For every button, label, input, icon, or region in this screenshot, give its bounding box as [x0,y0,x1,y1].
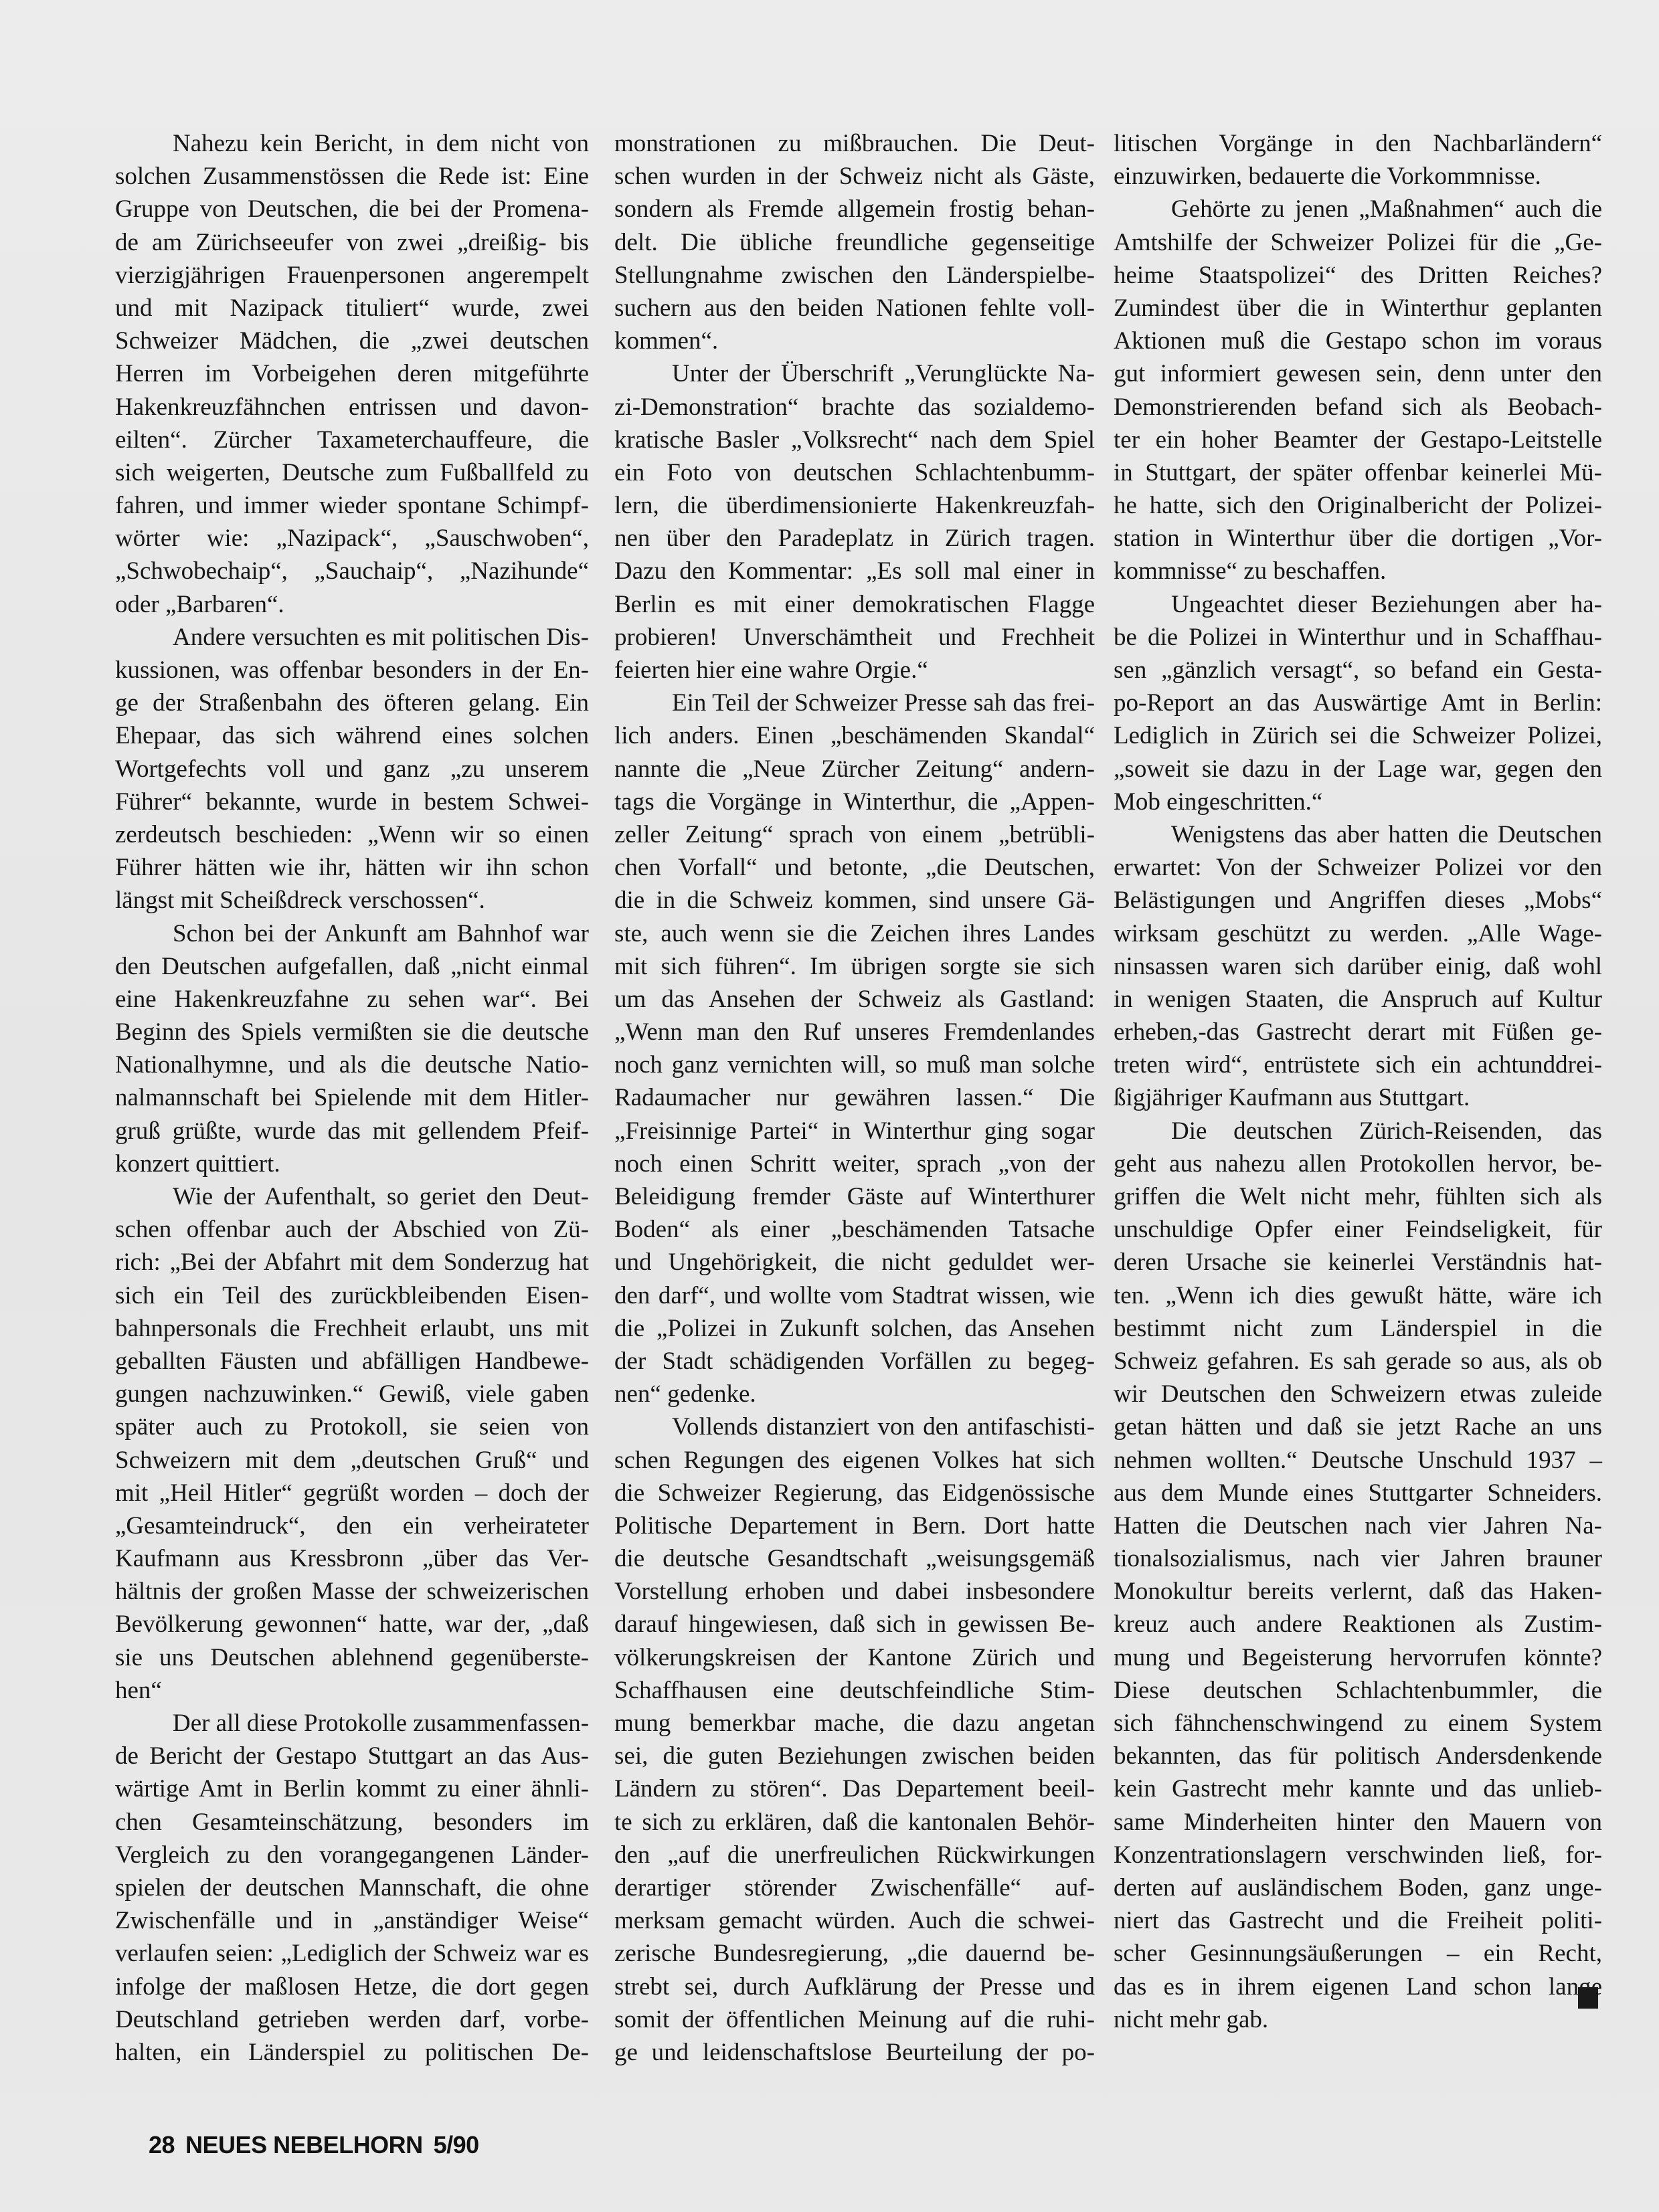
text-line: de Bericht der Gestapo Stuttgart an das … [115,1740,589,1772]
text-line: darauf hingewiesen, daß sich in gewissen… [614,1608,1095,1641]
text-line: somit der öffentlichen Meinung auf die r… [614,2003,1095,2036]
text-line: lern, die überdimensionierte Hakenkreuzf… [614,489,1095,522]
text-line: sich fähnchenschwingend zu einem System [1114,1707,1602,1740]
text-line: sie uns Deutschen ablehnend gegenüberste… [115,1641,589,1674]
text-line: verlaufen seien: „Lediglich der Schweiz … [115,1937,589,1970]
text-line: nalmannschaft bei Spielende mit dem Hitl… [115,1081,589,1114]
text-line: kommen“. [614,325,1095,357]
text-line: getan hätten und daß sie jetzt Rache an … [1114,1410,1602,1443]
text-line: chen Vorfall“ und betonte, „die Deutsche… [614,851,1095,884]
text-line: Ehepaar, das sich während eines solchen [115,719,589,752]
text-line: kreuz auch andere Reaktionen als Zustim- [1114,1608,1602,1641]
text-line: bekannten, das für politisch Andersdenke… [1114,1740,1602,1772]
text-line: ßigjähriger Kaufmann aus Stuttgart. [1114,1081,1602,1114]
text-line: oder „Barbaren“. [115,588,589,621]
text-line: Führer hätten wie ihr, hätten wir ihn sc… [115,851,589,884]
text-line: merksam gemacht würden. Auch die schwei- [614,1904,1095,1937]
text-line: probieren! Unverschämtheit und Frechheit [614,621,1095,654]
text-line: Berlin es mit einer demokratischen Flagg… [614,588,1095,621]
text-line: nehmen wollten.“ Deutsche Unschuld 1937 … [1114,1444,1602,1477]
text-line: den „auf die unerfreulichen Rückwirkunge… [614,1839,1095,1871]
text-line: Wenigstens das aber hatten die Deutschen [1114,818,1602,851]
text-line: noch einen Schritt weiter, sprach „von d… [614,1147,1095,1180]
text-line: die „Polizei in Zukunft solchen, das Ans… [614,1312,1095,1345]
text-line: chen Gesamteinschätzung, besonders im [115,1806,589,1839]
text-line: mit sich führen“. Im übrigen sorgte sie … [614,950,1095,983]
text-line: Vorstellung erhoben und dabei insbesonde… [614,1575,1095,1608]
text-line: Bevölkerung gewonnen“ hatte, war der, „d… [115,1608,589,1641]
text-line: de am Zürichseeufer von zwei „dreißig- b… [115,226,589,259]
text-line: ste, auch wenn sie die Zeichen ihres Lan… [614,917,1095,950]
text-line: die Schweizer Regierung, das Eidgenössis… [614,1477,1095,1509]
text-line: vierzigjährigen Frauenpersonen angerempe… [115,259,589,292]
text-line: delt. Die übliche freundliche gegenseiti… [614,226,1095,259]
text-line: Schweizern mit dem „deutschen Gruß“ und [115,1444,589,1477]
text-line: nen über den Paradeplatz in Zürich trage… [614,522,1095,555]
text-line: „Freisinnige Partei“ in Winterthur ging … [614,1115,1095,1147]
text-line: gruß grüßte, wurde das mit gellendem Pfe… [115,1115,589,1147]
text-line: Hatten die Deutschen nach vier Jahren Na… [1114,1509,1602,1542]
text-line: Führer“ bekannte, wurde in bestem Schwei… [115,786,589,818]
text-line: Dazu den Kommentar: „Es soll mal einer i… [614,555,1095,587]
text-line: Radaumacher nur gewähren lassen.“ Die [614,1081,1095,1114]
text-line: sich ein Teil des zurückbleibenden Eisen… [115,1279,589,1312]
text-line: „Schwobechaip“, „Sauchaip“, „Nazihunde“ [115,555,589,587]
text-line: schen wurden in der Schweiz nicht als Gä… [614,160,1095,193]
text-line: ge der Straßenbahn des öfteren gelang. E… [115,686,589,719]
text-line: lich anders. Einen „beschämenden Skandal… [614,719,1095,752]
text-line: zerische Bundesregierung, „die dauernd b… [614,1937,1095,1970]
text-line: tionalsozialismus, nach vier Jahren brau… [1114,1542,1602,1575]
text-line: Schweiz gefahren. Es sah gerade so aus, … [1114,1345,1602,1378]
text-line: bahnpersonals die Frechheit erlaubt, uns… [115,1312,589,1345]
text-line: und Ungehörigkeit, die nicht geduldet we… [614,1246,1095,1279]
text-line: Beginn des Spiels vermißten sie die deut… [115,1016,589,1048]
text-line: um das Ansehen der Schweiz als Gastland: [614,983,1095,1016]
text-line: ge und leidenschaftslose Beurteilung der… [614,2036,1095,2069]
text-line: Vergleich zu den vorangegangenen Länder- [115,1839,589,1871]
text-line: niert das Gastrecht und die Freiheit pol… [1114,1904,1602,1937]
text-line: der Stadt schädigenden Vorfällen zu bege… [614,1345,1095,1378]
text-line: Amtshilfe der Schweizer Polizei für die … [1114,226,1602,259]
text-line: spielen der deutschen Mannschaft, die oh… [115,1871,589,1904]
issue-number: 5/90 [434,2131,479,2158]
text-line: solchen Zusammenstössen die Rede ist: Ei… [115,160,589,193]
text-line: ein Foto von deutschen Schlachtenbumm- [614,456,1095,489]
text-line: Belästigungen und Angriffen dieses „Mobs… [1114,884,1602,917]
text-line: sei, die guten Beziehungen zwischen beid… [614,1740,1095,1772]
text-line: mung und Begeisterung hervorrufen könnte… [1114,1641,1602,1674]
text-line: erwartet: Von der Schweizer Polizei vor … [1114,851,1602,884]
text-line: schen Regungen des eigenen Volkes hat si… [614,1444,1095,1477]
text-line: später auch zu Protokoll, sie seien von [115,1410,589,1443]
text-line: hältnis der großen Masse der schweizeris… [115,1575,589,1608]
text-line: bestimmt nicht zum Länderspiel in die [1114,1312,1602,1345]
text-line: Nationalhymne, und als die deutsche Nati… [115,1048,589,1081]
text-line: Politische Departement in Bern. Dort hat… [614,1509,1095,1542]
text-line: tags die Vorgänge in Winterthur, die „Ap… [614,786,1095,818]
text-column-1: Nahezu kein Bericht, in dem nicht vonsol… [115,127,589,2069]
text-line: Zwischenfälle und in „anständiger Weise“ [115,1904,589,1937]
text-line: kommnisse“ zu beschaffen. [1114,555,1602,587]
text-line: in Stuttgart, der später offenbar keiner… [1114,456,1602,489]
text-line: „soweit sie dazu in der Lage war, gegen … [1114,753,1602,786]
text-line: noch ganz vernichten will, so muß man so… [614,1048,1095,1081]
text-line: deren Ursache sie keinerlei Verständnis … [1114,1246,1602,1279]
text-line: be die Polizei in Winterthur und in Scha… [1114,621,1602,654]
text-line: den darf“, und wollte vom Stadtrat wisse… [614,1279,1095,1312]
text-line: infolge der maßlosen Hetze, die dort geg… [115,1970,589,2003]
text-line: mit „Heil Hitler“ gegrüßt worden – doch … [115,1477,589,1509]
text-line: wir Deutschen den Schweizern etwas zulei… [1114,1378,1602,1410]
text-line: nannte die „Neue Zürcher Zeitung“ andern… [614,753,1095,786]
text-line: eine Hakenkreuzfahne zu sehen war“. Bei [115,983,589,1016]
text-line: ter ein hoher Beamter der Gestapo-Leitst… [1114,424,1602,456]
text-line: Nahezu kein Bericht, in dem nicht von [115,127,589,160]
text-line: Ungeachtet dieser Beziehungen aber ha- [1114,588,1602,621]
text-line: gungen nachzuwinken.“ Gewiß, viele gaben [115,1378,589,1410]
text-line: „Gesamteindruck“, den ein verheirateter [115,1509,589,1542]
text-line: in wenigen Staaten, die Anspruch auf Kul… [1114,983,1602,1016]
text-line: same Minderheiten hinter den Mauern von [1114,1806,1602,1839]
text-line: Unter der Überschrift „Verunglückte Na- [614,357,1095,390]
text-line: mung bemerkbar mache, die dazu angetan [614,1707,1095,1740]
text-line: Schweizer Mädchen, die „zwei deutschen [115,325,589,357]
magazine-title: NEUES NEBELHORN [185,2131,423,2158]
text-line: kratische Basler „Volksrecht“ nach dem S… [614,424,1095,456]
text-line: sondern als Fremde allgemein frostig beh… [614,193,1095,225]
text-line: kein Gastrecht mehr kannte und das unlie… [1114,1772,1602,1805]
text-line: Deutschland getrieben werden darf, vorbe… [115,2003,589,2036]
text-line: Die deutschen Zürich-Reisenden, das [1114,1115,1602,1147]
text-line: Diese deutschen Schlachtenbummler, die [1114,1674,1602,1707]
text-line: geht aus nahezu allen Protokollen hervor… [1114,1147,1602,1180]
text-line: Schon bei der Ankunft am Bahnhof war [115,917,589,950]
text-line: fahren, und immer wieder spontane Schimp… [115,489,589,522]
text-line: Ländern zu stören“. Das Departement beei… [614,1772,1095,1805]
text-line: den Deutschen aufgefallen, daß „nicht ei… [115,950,589,983]
text-line: schen offenbar auch der Abschied von Zü- [115,1213,589,1246]
text-line: die in die Schweiz kommen, sind unsere G… [614,884,1095,917]
text-line: aus dem Munde eines Stuttgarter Schneide… [1114,1477,1602,1509]
text-column-2: monstrationen zu mißbrauchen. Die Deut-s… [614,127,1095,2069]
text-line: kussionen, was offenbar besonders in der… [115,654,589,686]
text-line: wärtige Amt in Berlin kommt zu einer ähn… [115,1772,589,1805]
text-line: halten, ein Länderspiel zu politischen D… [115,2036,589,2069]
text-line: scher Gesinnungsäußerungen – ein Recht, [1114,1937,1602,1970]
end-of-article-square-icon [1578,1987,1598,2009]
text-line: konzert quittiert. [115,1147,589,1180]
text-line: Wortgefechts voll und ganz „zu unserem [115,753,589,786]
text-line: zeller Zeitung“ sprach von einem „betrüb… [614,818,1095,851]
text-column-3: litischen Vorgänge in den Nachbarländern… [1114,127,1602,2036]
text-line: Zumindest über die in Winterthur geplant… [1114,292,1602,325]
text-line: Herren im Vorbeigehen deren mitgeführte [115,357,589,390]
text-line: wörter wie: „Nazipack“, „Sauschwoben“, [115,522,589,555]
text-line: station in Winterthur über die dortigen … [1114,522,1602,555]
text-line: Monokultur bereits verlernt, daß das Hak… [1114,1575,1602,1608]
text-line: Gruppe von Deutschen, die bei der Promen… [115,193,589,225]
text-line: Mob eingeschritten.“ [1114,786,1602,818]
text-line: Wie der Aufenthalt, so geriet den Deut- [115,1180,589,1213]
text-line: sich weigerten, Deutsche zum Fußballfeld… [115,456,589,489]
text-line: Kaufmann aus Kressbronn „über das Ver- [115,1542,589,1575]
text-line: und mit Nazipack tituliert“ wurde, zwei [115,292,589,325]
text-line: die deutsche Gesandtschaft „weisungsgemä… [614,1542,1095,1575]
text-line: he hatte, sich den Originalbericht der P… [1114,489,1602,522]
text-line: Aktionen muß die Gestapo schon im voraus [1114,325,1602,357]
text-line: Hakenkreuzfähnchen entrissen und davon- [115,391,589,424]
text-line: zerdeutsch beschieden: „Wenn wir so eine… [115,818,589,851]
text-line: längst mit Scheißdreck verschossen“. [115,884,589,917]
text-line: po-Report an das Auswärtige Amt in Berli… [1114,686,1602,719]
text-line: gut informiert gewesen sein, denn unter … [1114,357,1602,390]
text-line: derartiger störender Zwischenfälle“ auf- [614,1871,1095,1904]
text-line: geballten Fäusten und abfälligen Handbew… [115,1345,589,1378]
text-line: Demonstrierenden befand sich als Beobach… [1114,391,1602,424]
text-line: nicht mehr gab. [1114,2003,1602,2036]
text-line: einzuwirken, bedauerte die Vorkommnisse. [1114,160,1602,193]
text-line: griffen die Welt nicht mehr, fühlten sic… [1114,1180,1602,1213]
text-line: monstrationen zu mißbrauchen. Die Deut- [614,127,1095,160]
text-line: Vollends distanziert von den antifaschis… [614,1410,1095,1443]
text-line: rich: „Bei der Abfahrt mit dem Sonderzug… [115,1246,589,1279]
text-line: Der all diese Protokolle zusammenfassen- [115,1707,589,1740]
text-line: strebt sei, durch Aufklärung der Presse … [614,1970,1095,2003]
magazine-page: Nahezu kein Bericht, in dem nicht vonsol… [0,0,1659,2212]
text-line: Andere versuchten es mit politischen Dis… [115,621,589,654]
text-line: hen“ [115,1674,589,1707]
text-line: Schaffhausen eine deutschfeindliche Stim… [614,1674,1095,1707]
text-line: völkerungskreisen der Kantone Zürich und [614,1641,1095,1674]
text-line: zi-Demonstration“ brachte das sozialdemo… [614,391,1095,424]
page-footer: 28NEUES NEBELHORN5/90 [149,2131,490,2159]
text-line: Konzentrationslagern verschwinden ließ, … [1114,1839,1602,1871]
text-line: erheben,-das Gastrecht derart mit Füßen … [1114,1016,1602,1048]
text-line: Stellungnahme zwischen den Länderspielbe… [614,259,1095,292]
text-line: eilten“. Zürcher Taxameterchauffeure, di… [115,424,589,456]
text-line: suchern aus den beiden Nationen fehlte v… [614,292,1095,325]
text-line: feierten hier eine wahre Orgie.“ [614,654,1095,686]
text-line: heime Staatspolizei“ des Dritten Reiches… [1114,259,1602,292]
text-line: Lediglich in Zürich sei die Schweizer Po… [1114,719,1602,752]
text-line: Ein Teil der Schweizer Presse sah das fr… [614,686,1095,719]
text-line: wirksam geschützt zu werden. „Alle Wage- [1114,917,1602,950]
page-number: 28 [149,2131,175,2158]
text-line: nen“ gedenke. [614,1378,1095,1410]
text-line: ninsassen waren sich darüber einig, daß … [1114,950,1602,983]
text-line: Boden“ als einer „beschämenden Tatsache [614,1213,1095,1246]
text-line: treten wird“, entrüstete sich ein achtun… [1114,1048,1602,1081]
text-line: te sich zu erklären, daß die kantonalen … [614,1806,1095,1839]
text-line: litischen Vorgänge in den Nachbarländern… [1114,127,1602,160]
text-line: sen „gänzlich versagt“, so befand ein Ge… [1114,654,1602,686]
text-line: derten auf ausländischem Boden, ganz ung… [1114,1871,1602,1904]
text-line: Gehörte zu jenen „Maßnahmen“ auch die [1114,193,1602,225]
text-line: ten. „Wenn ich dies gewußt hätte, wäre i… [1114,1279,1602,1312]
text-line: Beleidigung fremder Gäste auf Winterthur… [614,1180,1095,1213]
text-line: unschuldige Opfer einer Feindseligkeit, … [1114,1213,1602,1246]
text-line: „Wenn man den Ruf unseres Fremdenlandes [614,1016,1095,1048]
text-line: das es in ihrem eigenen Land schon lange [1114,1970,1602,2003]
